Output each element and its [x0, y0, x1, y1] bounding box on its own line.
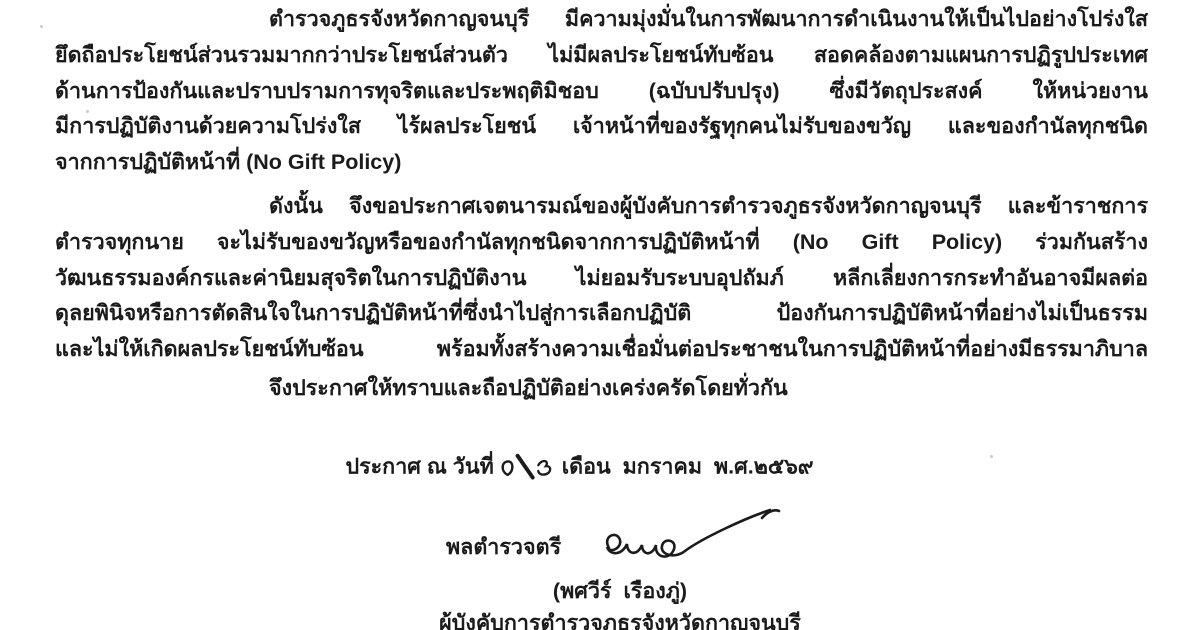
- text-line: ตำรวจภูธรจังหวัดกาญจนบุรี มีความมุ่งมั่น…: [55, 2, 1148, 38]
- signature-row: พลตำรวจตรี: [400, 500, 840, 566]
- scan-artifact-dot: [40, 25, 43, 28]
- text-line: ตำรวจทุกนาย จะไม่รับของขวัญหรือของกำนัลท…: [55, 225, 1148, 261]
- text-line: จึงประกาศให้ทราบและถือปฏิบัติอย่างเคร่งค…: [55, 371, 1148, 407]
- signature-scribble: [593, 502, 785, 568]
- signature-block: พลตำรวจตรี (พศวีร์ เรืองภู่) ผู้บังคับกา…: [400, 500, 840, 630]
- scan-artifact-dot: [990, 455, 993, 458]
- paragraph-closing: จึงประกาศให้ทราบและถือปฏิบัติอย่างเคร่งค…: [55, 371, 1148, 407]
- date-prefix: ประกาศ ณ วันที่: [345, 454, 493, 478]
- date-suffix: เดือน มกราคม พ.ศ.๒๕๖๙: [562, 454, 814, 478]
- text-line: วัฒนธรรมองค์กรและค่านิยมสุจริตในการปฏิบั…: [55, 261, 1148, 297]
- signer-name: (พศวีร์ เรืองภู่): [400, 576, 840, 606]
- text-line: ด้านการป้องกันและปราบปรามการทุจริตและประ…: [55, 74, 1148, 110]
- text-line: จากการปฏิบัติหน้าที่ (No Gift Policy): [55, 145, 1148, 181]
- text-line: ยึดถือประโยชน์ส่วนรวมมากกว่าประโยชน์ส่วน…: [55, 38, 1148, 74]
- scan-artifact-dot: [86, 110, 89, 113]
- text-line: ดุลยพินิจหรือการตัดสินใจในการปฏิบัติหน้า…: [55, 296, 1148, 332]
- text-line: มีการปฏิบัติงานด้วยความโปร่งใส ไร้ผลประโ…: [55, 109, 1148, 145]
- paragraph-declaration: ดังนั้น จึงขอประกาศเจตนารมณ์ของผู้บังคับ…: [55, 189, 1148, 368]
- document-page: ตำรวจภูธรจังหวัดกาญจนบุรี มีความมุ่งมั่น…: [0, 0, 1200, 630]
- paragraph-intent: ตำรวจภูธรจังหวัดกาญจนบุรี มีความมุ่งมั่น…: [55, 2, 1148, 181]
- announcement-date-line: ประกาศ ณ วันที่ เดือน มกราคม พ.ศ.๒๕๖๙: [33, 445, 1126, 485]
- signer-rank: พลตำรวจตรี: [446, 532, 561, 562]
- text-line: และไม่ให้เกิดผลประโยชน์ทับซ้อน พร้อมทั้ง…: [55, 332, 1148, 368]
- handwritten-day-number: [494, 449, 560, 489]
- signer-title: ผู้บังคับการตำรวจภูธรจังหวัดกาญจนบุรี: [400, 608, 840, 630]
- text-line: ดังนั้น จึงขอประกาศเจตนารมณ์ของผู้บังคับ…: [55, 189, 1148, 225]
